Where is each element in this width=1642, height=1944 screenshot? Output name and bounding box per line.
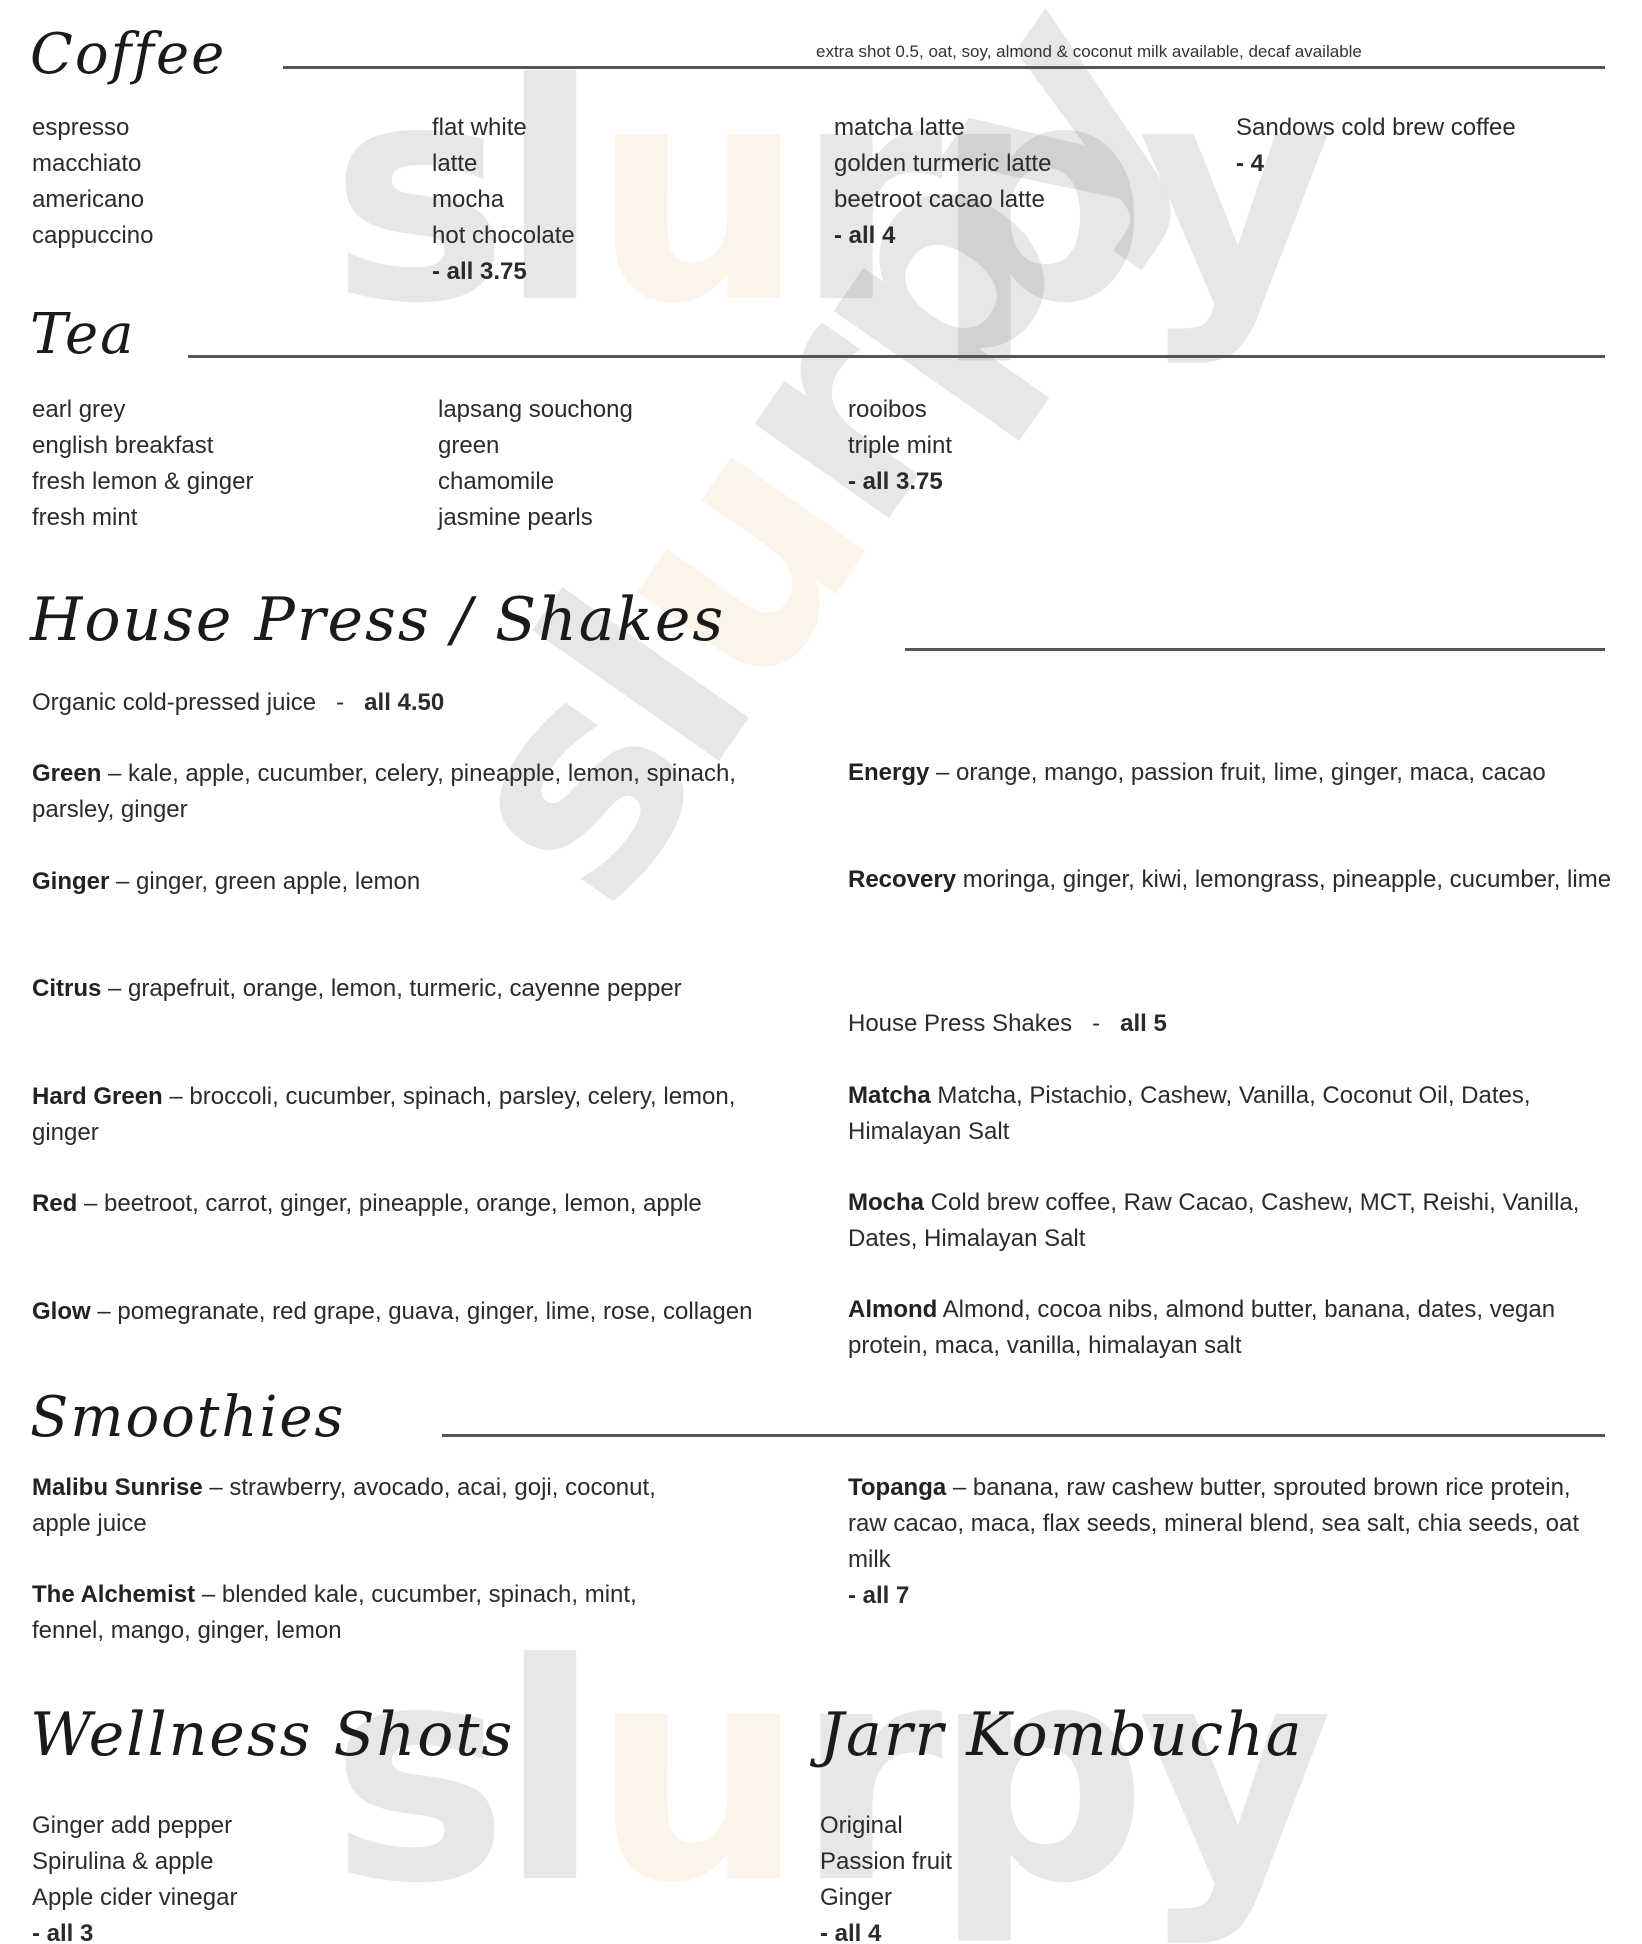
- menu-item: Red – beetroot, carrot, ginger, pineappl…: [32, 1186, 792, 1222]
- item-description: Matcha, Pistachio, Cashew, Vanilla, Coco…: [848, 1082, 1531, 1145]
- item-name: Glow: [32, 1298, 91, 1325]
- menu-column: earl greyenglish breakfastfresh lemon & …: [32, 392, 253, 536]
- menu-item: Ginger: [820, 1880, 952, 1916]
- item-description: – beetroot, carrot, ginger, pineapple, o…: [77, 1190, 701, 1217]
- shakes-price: all 5: [1120, 1010, 1167, 1037]
- watermark-accent: u: [591, 20, 795, 369]
- item-description: – kale, apple, cucumber, celery, pineapp…: [32, 760, 736, 823]
- menu-item: rooibos: [848, 392, 952, 428]
- coffee-note: extra shot 0.5, oat, soy, almond & cocon…: [816, 42, 1362, 62]
- menu-item: green: [438, 428, 633, 464]
- juice-price: all 4.50: [364, 689, 444, 716]
- menu-column: rooibostriple mint- all 3.75: [848, 392, 952, 500]
- menu-item: earl grey: [32, 392, 253, 428]
- menu-item: Matcha Matcha, Pistachio, Cashew, Vanill…: [848, 1078, 1608, 1150]
- divider: [905, 648, 1605, 651]
- menu-item: Passion fruit: [820, 1844, 952, 1880]
- item-name: Red: [32, 1190, 77, 1217]
- section-title: House Press / Shakes: [30, 585, 725, 655]
- menu-item: jasmine pearls: [438, 500, 633, 536]
- menu-item: beetroot cacao latte: [834, 182, 1051, 218]
- menu-item: cappuccino: [32, 218, 153, 254]
- divider: [188, 355, 1605, 358]
- price-label: - all 3: [32, 1916, 237, 1944]
- item-name: Mocha: [848, 1189, 924, 1216]
- item-description: – orange, mango, passion fruit, lime, gi…: [929, 759, 1545, 786]
- menu-item: lapsang souchong: [438, 392, 633, 428]
- price-label: - 4: [1236, 146, 1516, 182]
- menu-item: Recovery moringa, ginger, kiwi, lemongra…: [848, 862, 1618, 898]
- menu-item: golden turmeric latte: [834, 146, 1051, 182]
- menu-item: Ginger – ginger, green apple, lemon: [32, 864, 792, 900]
- juice-label: Organic cold-pressed juice: [32, 689, 316, 716]
- item-name: Green: [32, 760, 101, 787]
- menu-item: Spirulina & apple: [32, 1844, 237, 1880]
- item-description: – pomegranate, red grape, guava, ginger,…: [91, 1298, 753, 1325]
- juice-price-line: Organic cold-pressed juice - all 4.50: [32, 685, 444, 721]
- item-description: – banana, raw cashew butter, sprouted br…: [848, 1474, 1579, 1573]
- item-name: Malibu Sunrise: [32, 1474, 203, 1501]
- menu-item: Energy – orange, mango, passion fruit, l…: [848, 755, 1618, 791]
- item-name: Citrus: [32, 975, 101, 1002]
- menu-item: matcha latte: [834, 110, 1051, 146]
- menu-item: fresh mint: [32, 500, 253, 536]
- price-label: - all 4: [820, 1916, 952, 1944]
- menu-column: OriginalPassion fruitGinger- all 4: [820, 1808, 952, 1944]
- menu-item: Green – kale, apple, cucumber, celery, p…: [32, 756, 792, 828]
- menu-column: espressomacchiatoamericanocappuccino: [32, 110, 153, 254]
- shakes-label: House Press Shakes: [848, 1010, 1072, 1037]
- menu-item: hot chocolate: [432, 218, 575, 254]
- shakes-price-line: House Press Shakes - all 5: [848, 1006, 1167, 1042]
- item-description: Cold brew coffee, Raw Cacao, Cashew, MCT…: [848, 1189, 1579, 1252]
- menu-item: english breakfast: [32, 428, 253, 464]
- menu-item: Sandows cold brew coffee: [1236, 110, 1516, 146]
- separator: -: [1092, 1010, 1100, 1037]
- item-name: Topanga: [848, 1474, 946, 1501]
- menu-column: lapsang souchonggreenchamomilejasmine pe…: [438, 392, 633, 536]
- price-label: - all 3.75: [848, 464, 952, 500]
- section-title: Wellness Shots: [30, 1700, 514, 1770]
- menu-column: Ginger add pepperSpirulina & appleApple …: [32, 1808, 237, 1944]
- price-label: - all 4: [834, 218, 1051, 254]
- item-name: Hard Green: [32, 1083, 163, 1110]
- item-name: Ginger: [32, 868, 109, 895]
- item-description: – grapefruit, orange, lemon, turmeric, c…: [101, 975, 681, 1002]
- item-name: The Alchemist: [32, 1581, 195, 1608]
- menu-item: flat white: [432, 110, 575, 146]
- separator: -: [336, 689, 344, 716]
- price-label: - all 3.75: [432, 254, 575, 290]
- menu-item: fresh lemon & ginger: [32, 464, 253, 500]
- divider: [283, 66, 1605, 69]
- menu-item: americano: [32, 182, 153, 218]
- menu-item: macchiato: [32, 146, 153, 182]
- menu-item: Citrus – grapefruit, orange, lemon, turm…: [32, 971, 792, 1007]
- item-name: Matcha: [848, 1082, 931, 1109]
- menu-item: Glow – pomegranate, red grape, guava, gi…: [32, 1294, 792, 1330]
- menu-item: Hard Green – broccoli, cucumber, spinach…: [32, 1079, 792, 1151]
- menu-item: The Alchemist – blended kale, cucumber, …: [32, 1577, 712, 1649]
- watermark-accent: u: [591, 1600, 795, 1944]
- section-title: Smoothies: [30, 1385, 345, 1450]
- menu-column: flat whitelattemochahot chocolate- all 3…: [432, 110, 575, 290]
- menu-item: chamomile: [438, 464, 633, 500]
- menu-item: triple mint: [848, 428, 952, 464]
- price-label: - all 7: [848, 1578, 909, 1614]
- item-description: Almond, cocoa nibs, almond butter, banan…: [848, 1296, 1555, 1359]
- item-name: Almond: [848, 1296, 937, 1323]
- menu-column: matcha lattegolden turmeric lattebeetroo…: [834, 110, 1051, 254]
- menu-item: Apple cider vinegar: [32, 1880, 237, 1916]
- menu-item: latte: [432, 146, 575, 182]
- menu-item: Topanga – banana, raw cashew butter, spr…: [848, 1470, 1588, 1578]
- section-title: Jarr Kombucha: [820, 1700, 1304, 1770]
- menu-item: espresso: [32, 110, 153, 146]
- menu-item: Ginger add pepper: [32, 1808, 237, 1844]
- menu-item: Original: [820, 1808, 952, 1844]
- section-title: Tea: [30, 302, 136, 367]
- item-description: – ginger, green apple, lemon: [109, 868, 420, 895]
- menu-item: Mocha Cold brew coffee, Raw Cacao, Cashe…: [848, 1185, 1608, 1257]
- item-name: Recovery: [848, 866, 956, 893]
- watermark-text: sl: [330, 1600, 591, 1944]
- item-name: Energy: [848, 759, 929, 786]
- divider: [442, 1434, 1605, 1437]
- menu-column: Sandows cold brew coffee- 4: [1236, 110, 1516, 182]
- menu-item: Almond Almond, cocoa nibs, almond butter…: [848, 1292, 1608, 1364]
- menu-item: Malibu Sunrise – strawberry, avocado, ac…: [32, 1470, 712, 1542]
- section-title: Coffee: [30, 22, 226, 87]
- menu-item: mocha: [432, 182, 575, 218]
- item-description: moringa, ginger, kiwi, lemongrass, pinea…: [956, 866, 1611, 893]
